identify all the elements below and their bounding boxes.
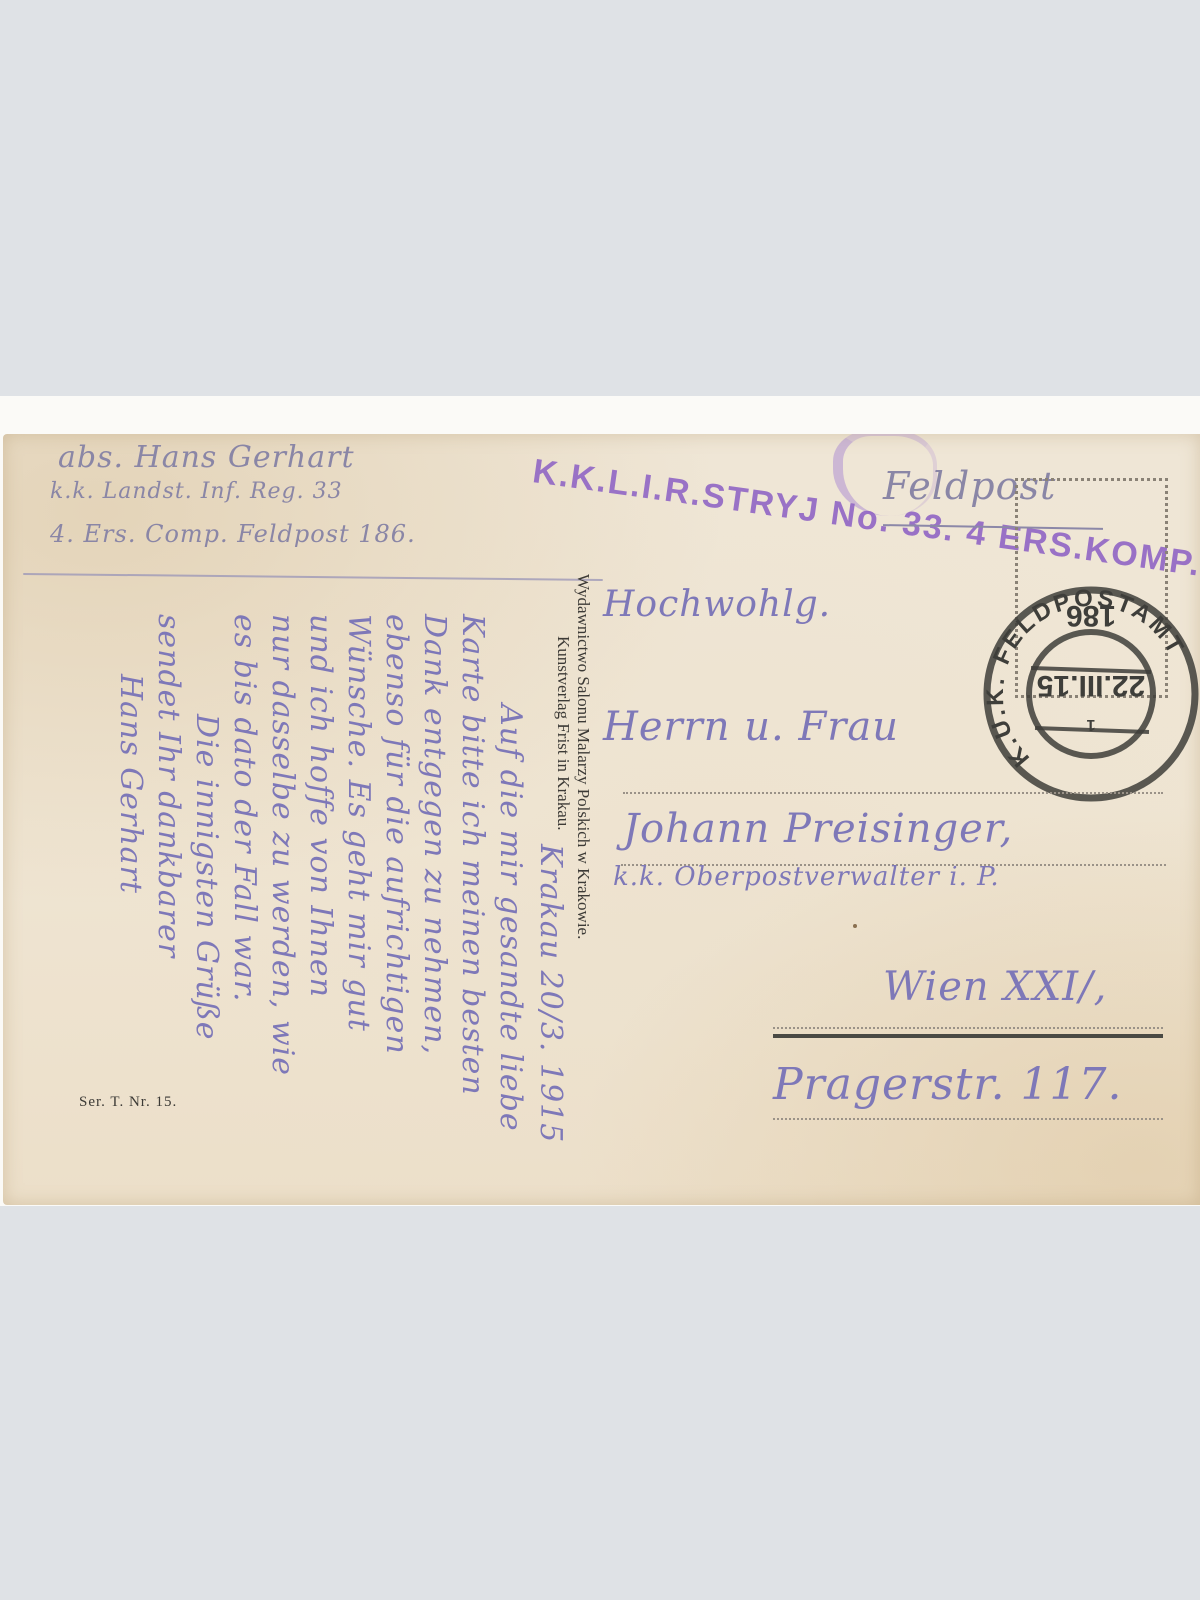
message-line: Dank entgegen zu nehmen, — [417, 614, 452, 1055]
postmark-icon: 22.III.15 1 186 K.U.K. FELDPOSTAMT — [979, 582, 1200, 807]
message-line: sendet Ihr dankbarer — [151, 614, 186, 958]
handwritten-divider — [23, 573, 603, 581]
sender-name: abs. Hans Gerhart — [58, 440, 355, 475]
paper-speck — [853, 924, 857, 928]
feldpost-postmark: 22.III.15 1 186 K.U.K. FELDPOSTAMT — [979, 582, 1200, 807]
publisher-imprint: Wydawnictwo Salonu Malarzy Polskich w Kr… — [563, 574, 623, 1094]
address-line-3 — [773, 1027, 1163, 1029]
series-number: Ser. T. Nr. 15. — [79, 1094, 177, 1111]
recipient-street: Pragerstr. 117. — [773, 1059, 1123, 1110]
recipient-line-2: Johann Preisinger, — [623, 806, 1013, 852]
address-line-1 — [623, 792, 1163, 794]
recipient-salutation: Hochwohlg. — [603, 584, 831, 625]
message-line: Wünsche. Es geht mir gut — [341, 614, 376, 1032]
message-line: Die innigsten Grüße — [189, 714, 224, 1040]
message-date: Krakau 20/3. 1915 — [533, 844, 568, 1143]
address-rule — [773, 1034, 1163, 1038]
message-line: es bis dato der Fall war. — [227, 614, 262, 1003]
sender-regiment: k.k. Landst. Inf. Reg. 33 — [50, 479, 343, 504]
message-line: nur dasselbe zu werden, wie — [265, 614, 300, 1076]
postmark-date: 22.III.15 — [1037, 669, 1145, 702]
postcard: abs. Hans Gerhart k.k. Landst. Inf. Reg.… — [3, 434, 1200, 1205]
message-line: und ich hoffe von Ihnen — [303, 614, 338, 998]
publisher-line-1: Wydawnictwo Salonu Malarzy Polskich w Kr… — [573, 574, 593, 939]
recipient-line-3: k.k. Oberpostverwalter i. P. — [613, 862, 1000, 892]
postmark-sub: 1 — [1086, 716, 1095, 733]
message-signature: Hans Gerhart — [113, 674, 148, 894]
message-line: Karte bitte ich meinen besten — [455, 614, 490, 1096]
recipient-city: Wien XXI/, — [883, 964, 1107, 1010]
recipient-line-1: Herrn u. Frau — [603, 704, 899, 750]
message-line: Auf die mir gesandte liebe — [493, 704, 528, 1132]
handwritten-message: Krakau 20/3. 1915 Auf die mir gesandte l… — [8, 614, 568, 1174]
address-line-4 — [773, 1118, 1163, 1120]
sender-company: 4. Ers. Comp. Feldpost 186. — [50, 520, 416, 548]
message-line: ebenso für die aufrichtigen — [379, 614, 414, 1055]
